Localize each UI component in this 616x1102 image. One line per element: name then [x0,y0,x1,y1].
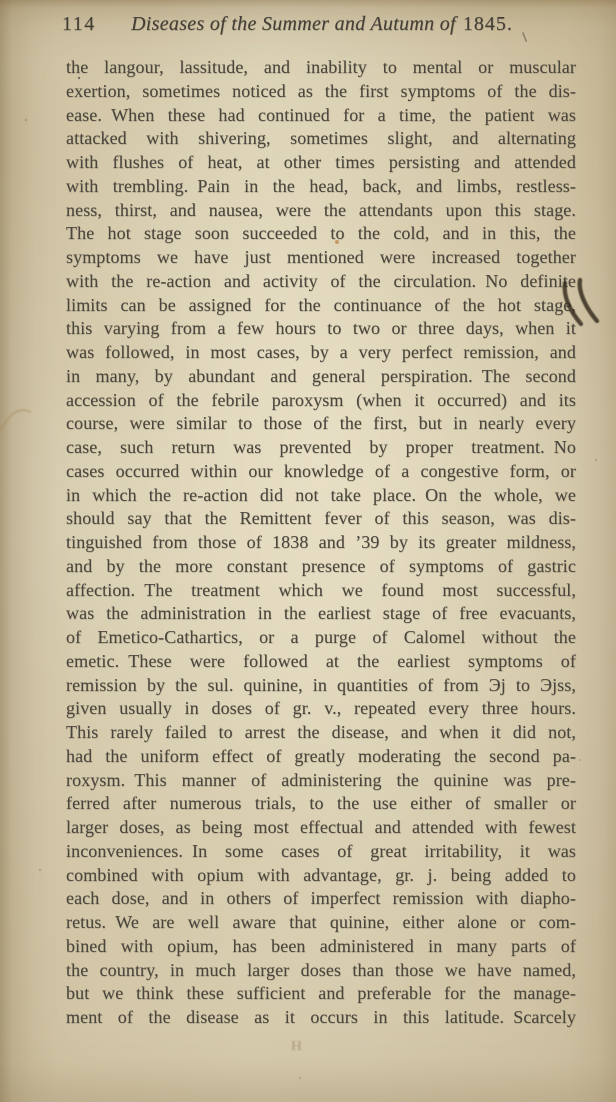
text-line: ment of the disease as it occurs in this… [66,1006,576,1030]
text-line: inconveniences. In some cases of great i… [66,840,576,864]
text-line: exertion, sometimes noticed as the first… [66,80,576,104]
text-line: limits can be assigned for the continuan… [66,294,576,318]
text-line: course, were similar to those of the fir… [66,412,576,436]
text-line: each dose, and in others of imperfect re… [66,887,576,911]
text-line: with trembling. Pain in the head, back, … [66,175,576,199]
text-line: the langour, lassitude, and inability to… [66,56,576,80]
text-line: in many, by abundant and general perspir… [66,365,576,389]
text-line: with the re-action and activity of the c… [66,270,576,294]
text-line: but we think these sufficient and prefer… [66,982,576,1006]
text-line: had the uniform effect of greatly modera… [66,745,576,769]
text-line: remission by the sul. quinine, in quanti… [66,674,576,698]
running-title-year: 1845. [463,13,513,35]
text-line: attacked with shivering, sometimes sligh… [66,127,576,151]
text-line: This rarely failed to arrest the disease… [66,721,576,745]
text-line: of Emetico-Cathartics, or a purge of Cal… [66,626,576,650]
text-line: roxysm. This manner of administering the… [66,769,576,793]
text-line: retus. We are well aware that quinine, e… [66,911,576,935]
text-line: ease. When these had continued for a tim… [66,104,576,128]
text-line: the country, in much larger doses than t… [66,959,576,983]
text-line: tinguished from those of 1838 and ’39 by… [66,531,576,555]
text-line: was followed, in most cases, by a very p… [66,341,576,365]
body-text: the langour, lassitude, and inability to… [66,56,576,1030]
text-line: ferred after numerous trials, to the use… [66,792,576,816]
text-line: The hot stage soon succeeded to the cold… [66,222,576,246]
pencil-smudge [1,410,31,430]
text-line: affection. The treatment which we found … [66,579,576,603]
running-header: 114 Diseases of the Summer and Autumn of… [0,13,616,39]
text-line: and by the more constant presence of sym… [66,555,576,579]
text-line: accession of the febrile paroxysm (when … [66,389,576,413]
running-title-text: Diseases of the Summer and Autumn of [131,13,456,35]
text-line: with flushes of heat, at other times per… [66,151,576,175]
text-line: this varying from a few hours to two or … [66,317,576,341]
text-line: case, such return was prevented by prope… [66,436,576,460]
running-title: Diseases of the Summer and Autumn of1845… [66,13,578,36]
text-line: ness, thirst, and nausea, were the atten… [66,199,576,223]
text-line: given usually in doses of gr. v., repeat… [66,697,576,721]
text-line: symptoms we have just mentioned were inc… [66,246,576,270]
text-line: was the administration in the earliest s… [66,602,576,626]
text-line: should say that the Remittent fever of t… [66,507,576,531]
text-line: emetic. These were followed at the earli… [66,650,576,674]
show-through-mark: H [291,1036,302,1052]
book-page: 114 Diseases of the Summer and Autumn of… [0,0,616,1102]
text-line: in which the re-action did not take plac… [66,484,576,508]
text-line: cases occurred within our knowledge of a… [66,460,576,484]
text-line: bined with opium, has been administered … [66,935,576,959]
text-line: larger doses, as being most effectual an… [66,816,576,840]
text-line: combined with opium with advantage, gr. … [66,864,576,888]
